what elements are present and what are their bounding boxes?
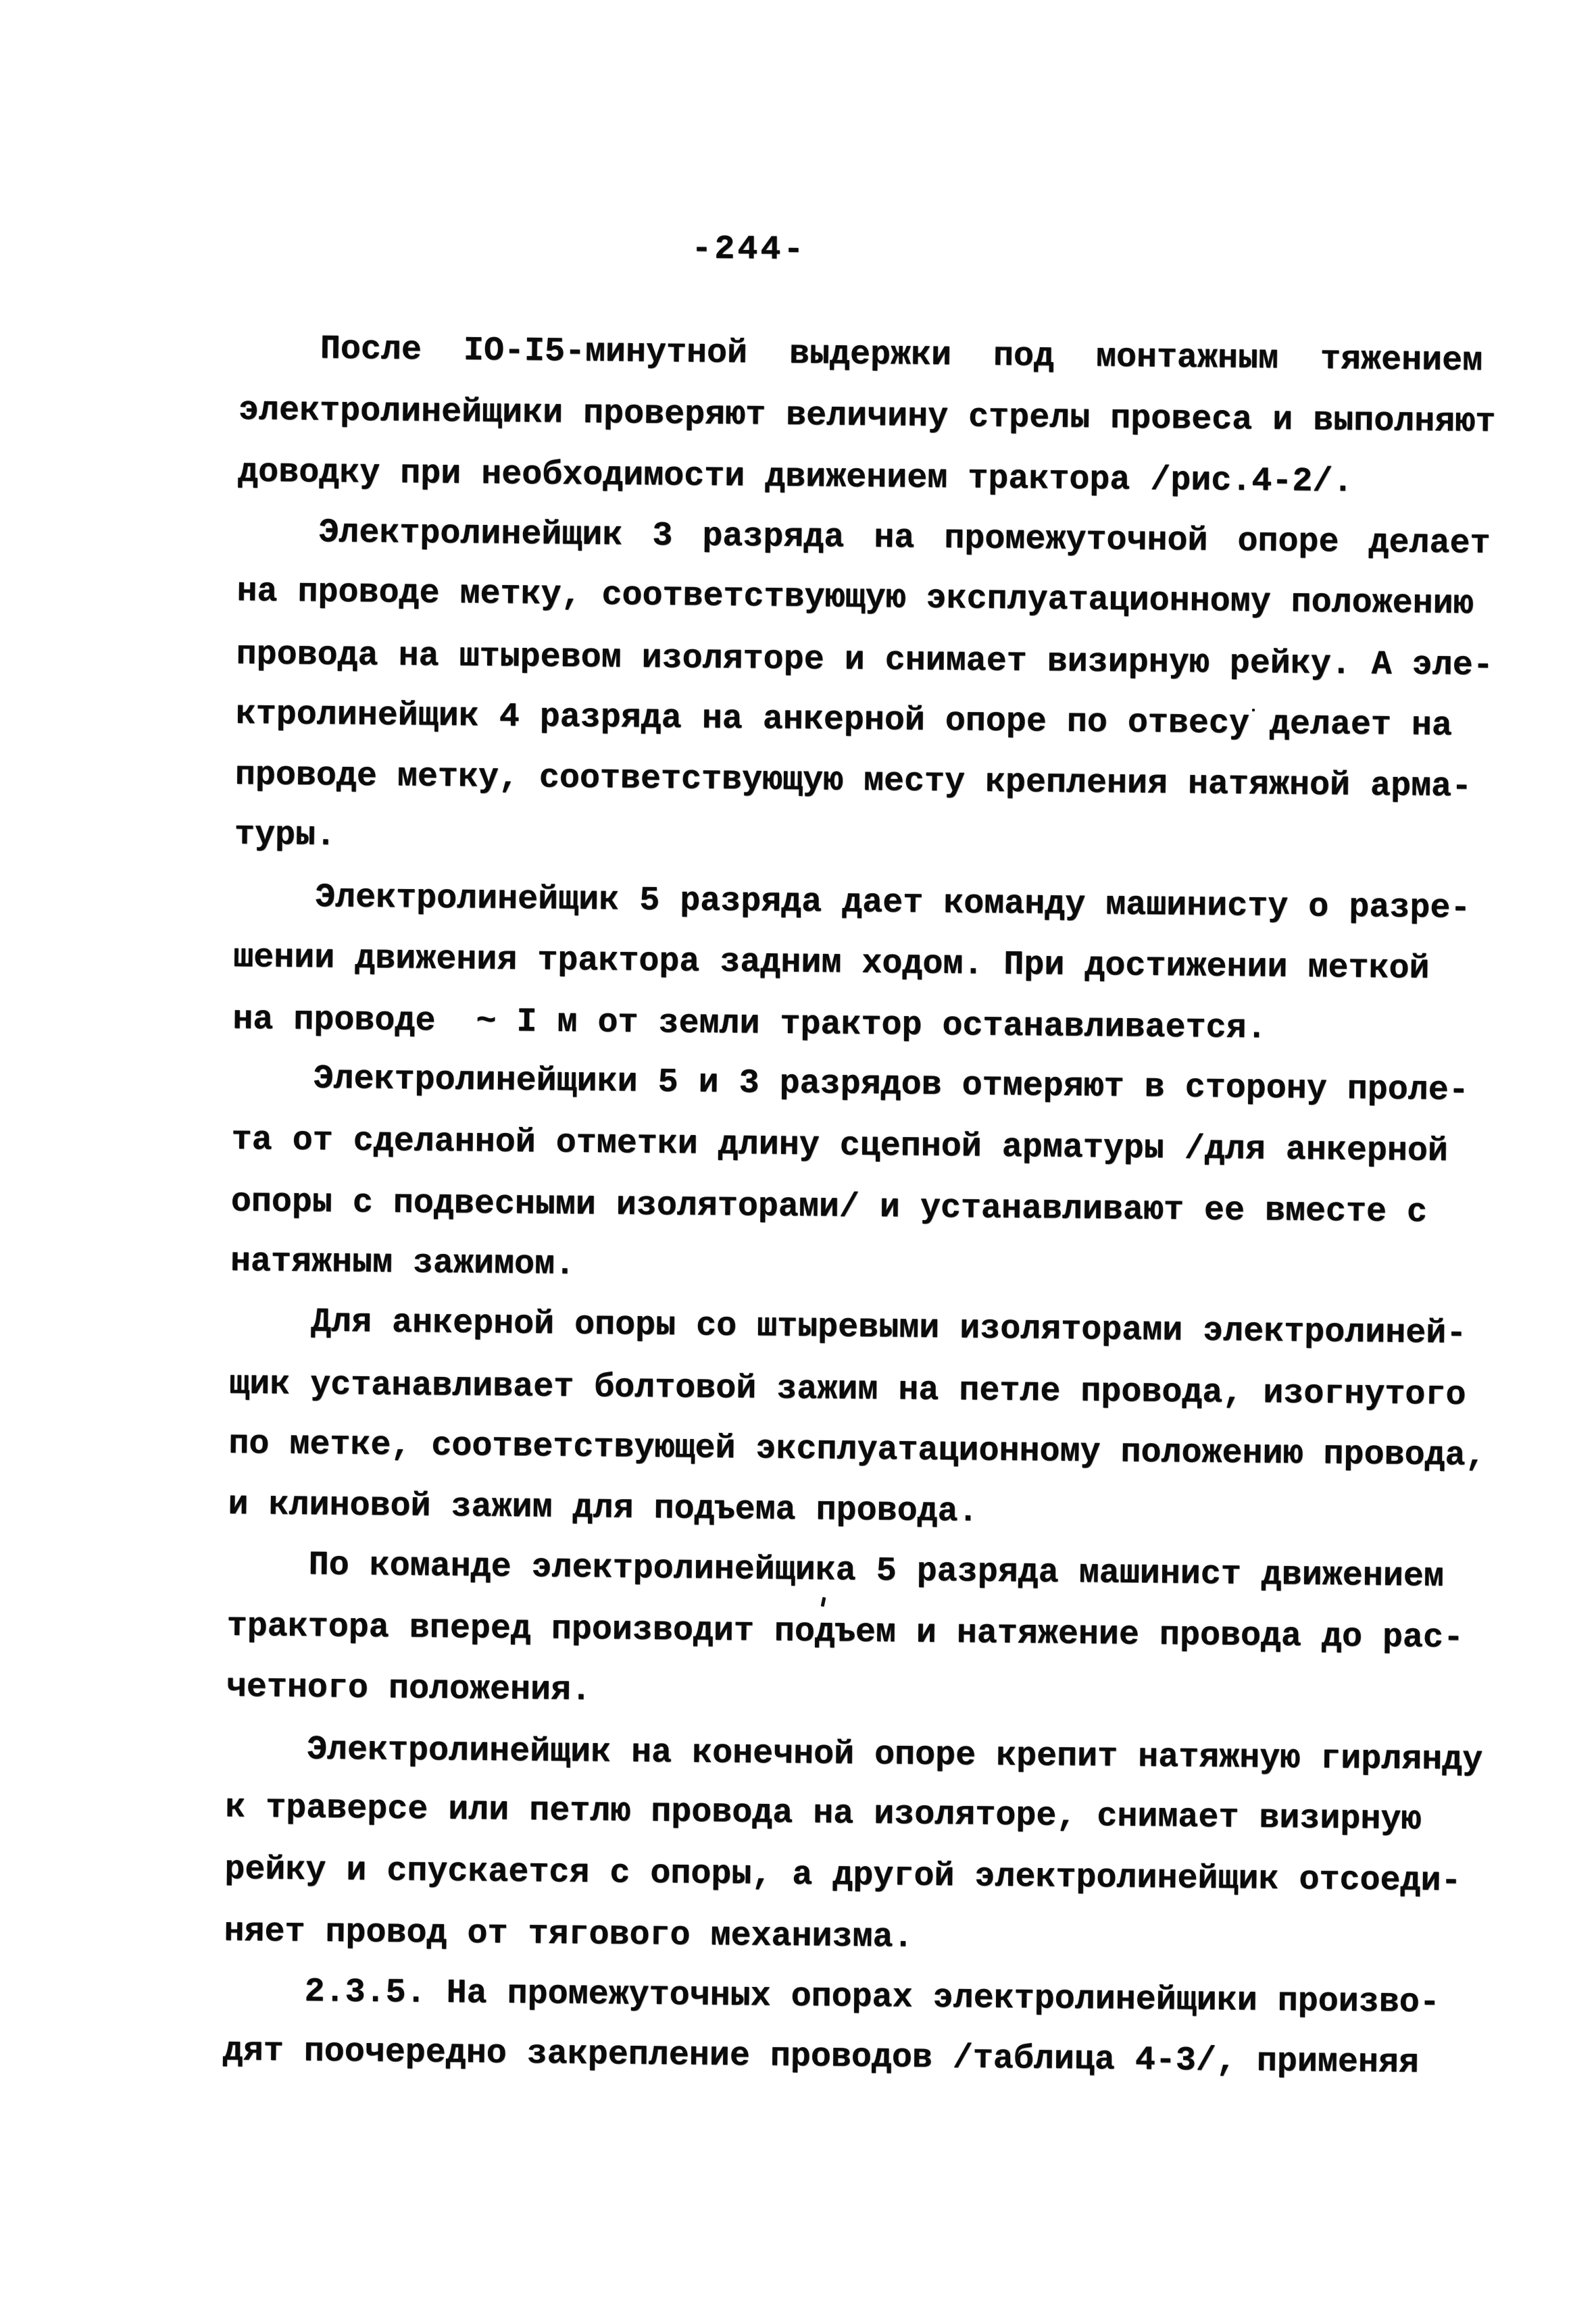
text-line: четного положения.	[226, 1657, 1524, 1730]
text-line: После IO-I5-минутной выдержки под монтаж…	[239, 318, 1537, 393]
text-line: шении движения трактора задним ходом. Пр…	[233, 928, 1531, 1001]
text-line: рейку и спускается с опоры, а другой эле…	[224, 1840, 1522, 1913]
text-line: опоры с подвесными изоляторами/ и устана…	[230, 1172, 1528, 1244]
scan-speckle	[1252, 709, 1255, 711]
text-line: По команде электролинейщика 5 разряда ма…	[227, 1534, 1525, 1609]
page-number: -244-	[240, 215, 1538, 288]
text-line: Для анкерной опоры со штыревыми изолятор…	[230, 1291, 1528, 1365]
document-page: { "page": { "number": "-244-", "lines": …	[0, 0, 1596, 2314]
text-line: провода на штыревом изоляторе и снимает …	[236, 625, 1534, 697]
text-line: к траверсе или петлю провода на изолятор…	[225, 1778, 1523, 1852]
text-line: туры.	[234, 805, 1532, 879]
text-line: няет провод от тягового механизма.	[224, 1902, 1522, 1974]
text-line: та от сделанной отметки длину сцепной ар…	[231, 1110, 1529, 1183]
text-line: Электролинейщики 5 и 3 разрядов отмеряют…	[232, 1048, 1530, 1122]
scanned-text-block: -244- После IO-I5-минутной выдержки под …	[222, 203, 1538, 2095]
body-text: После IO-I5-минутной выдержки под монтаж…	[222, 320, 1537, 2095]
text-line: на проводе метку, соответствующую эксплу…	[236, 561, 1535, 636]
text-line: щик устанавливает болтовой зажим на петл…	[229, 1355, 1527, 1427]
text-line: электролинейщики проверяют величину стре…	[239, 380, 1537, 453]
text-line: доводку при необходимости движением трак…	[238, 443, 1536, 515]
text-line: дят поочередно закрепление проводов /таб…	[222, 2021, 1520, 2095]
